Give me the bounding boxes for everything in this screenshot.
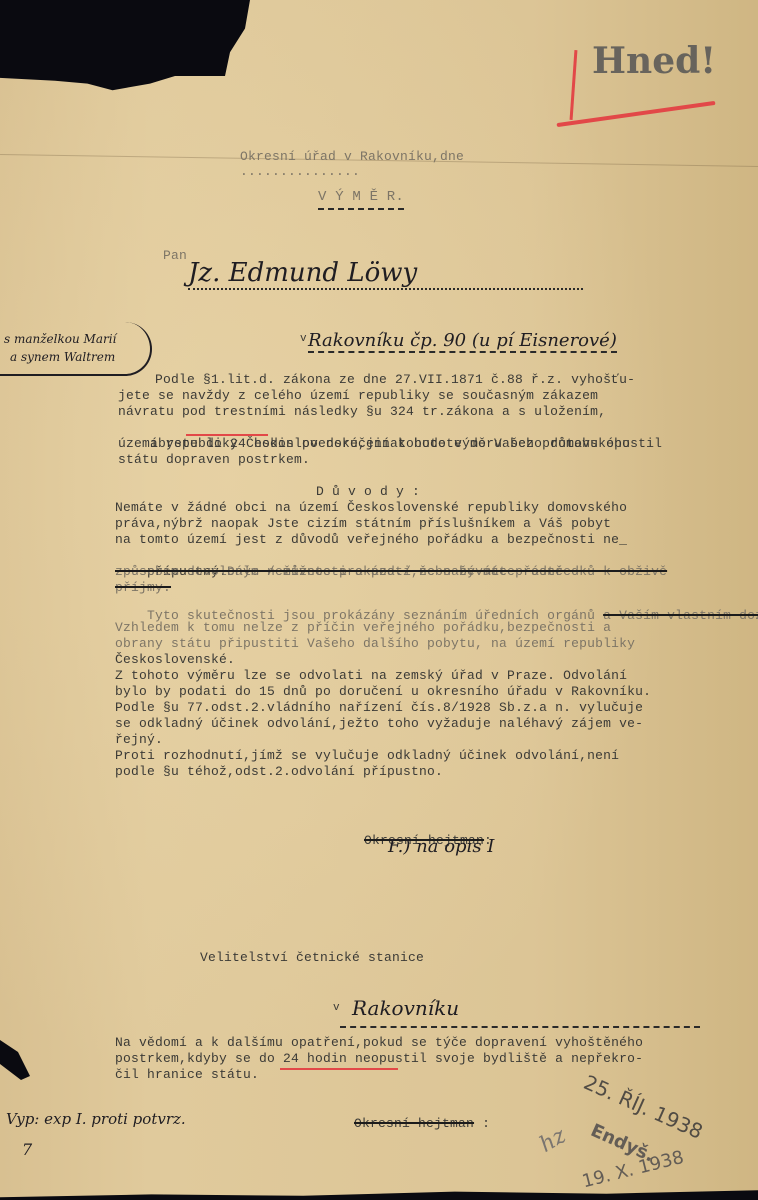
gendarmerie-signature: Okresní hejtman : [322,1100,490,1147]
gendarmerie-line-2: postrkem,kdyby se do 24 hodin neopustil … [115,1051,643,1067]
torn-edge-left [0,1040,30,1080]
conclusion-line-3: Československé. [115,652,235,668]
decree-line-5: území republiky Československé,jinak bud… [118,436,630,452]
decree-line-1: Podle §1.lit.d. zákona ze dne 27.VII.187… [155,372,635,388]
appeal-line-4: se odkladný účinek odvolání,ježto toho v… [115,716,643,732]
decree-line-6: státu dopraven postrkem. [118,452,310,468]
date-dots: ............... [240,164,360,179]
addressee-name: Jz. Edmund Löwy [188,258,583,290]
gendarmerie-signature-struck: Okresní hejtman [354,1116,474,1131]
decree-line-2: jete se navždy z celého území republiky … [118,388,598,404]
gendarmerie-line-3: čil hranice státu. [115,1067,259,1083]
bottom-left-mark: 7 [22,1140,32,1159]
reasons-line-3: na tomto území jest z důvodů veřejného p… [115,532,627,548]
gendarmerie-place: Rakovníku [352,996,459,1020]
document-title: V Ý M Ě R. [318,190,404,210]
gendarmerie-place-prefix: v [333,1001,340,1017]
red-pencil-mark-horizontal [557,101,716,127]
appeal-line-1: Z tohoto výměru lze se odvolati na zemsk… [115,668,627,684]
office-line: Okresní úřad v Rakovníku,dne ...........… [208,133,464,195]
addressee-place: Rakovníku čp. 90 (u pí Eisnerové) [308,330,617,353]
gendarmerie-heading: Velitelství četnické stanice [200,950,424,966]
appeal-line-2: bylo by podati do 15 dnů po doručení u o… [115,684,651,700]
appeal-line-7: podle §u téhož,odst.2.odvolání přípustno… [115,764,443,780]
signature-handwritten: F.) na opis I [388,836,494,857]
gendarmerie-line-1: Na vědomí a k dalšímu opatření,pokud se … [115,1035,643,1051]
margin-note-line-2: a synem Waltrem [10,350,115,364]
red-underline-24h-2 [280,1068,398,1070]
facts-struck-text: a Vaším vlastním doznáním. [603,608,758,623]
margin-note-line-1: s manželkou Marií [4,332,116,346]
appeal-line-3: Podle §u 77.odst.2.vládního nařízení čís… [115,700,643,716]
margin-bracket [0,322,152,376]
conclusion-line-2: obrany státu připustiti Vašeho dalšího p… [115,636,635,652]
urgent-stamp: Hned! [592,40,716,82]
conclusion-line-1: Vzhledem k tomu nelze z příčin veřejného… [115,620,611,636]
initials: hz [535,1123,570,1158]
torn-edge-bottom [0,1186,758,1200]
reasons-line-2: práva,nýbrž naopak Jste cizím státním př… [115,516,611,532]
reasons-heading: D ů v o d y : [316,484,420,500]
red-pencil-mark-vertical [570,50,578,120]
gendarmerie-signature-colon: : [482,1116,490,1131]
struck-text-2: způsobem dovoleným / živnosti a pod./ ne… [115,564,563,580]
torn-corner [0,0,250,95]
decree-line-3: návratu pod trestními následky §u 324 tr… [118,404,606,420]
appeal-line-6: Proti rozhodnutí,jímž se vylučuje odklad… [115,748,619,764]
reasons-line-1: Nemáte v žádné obci na území Českosloven… [115,500,627,516]
salutation: Pan [163,248,187,264]
appeal-line-5: řejný. [115,732,163,748]
gendarmerie-place-line [340,1024,700,1028]
bottom-left-note: Vyp: exp I. proti potvrz. [6,1110,186,1128]
document-page: Hned! Okresní úřad v Rakovníku,dne .....… [0,0,758,1200]
place-prefix: v [300,332,307,348]
office-name: Okresní úřad v Rakovníku,dne [240,149,464,164]
